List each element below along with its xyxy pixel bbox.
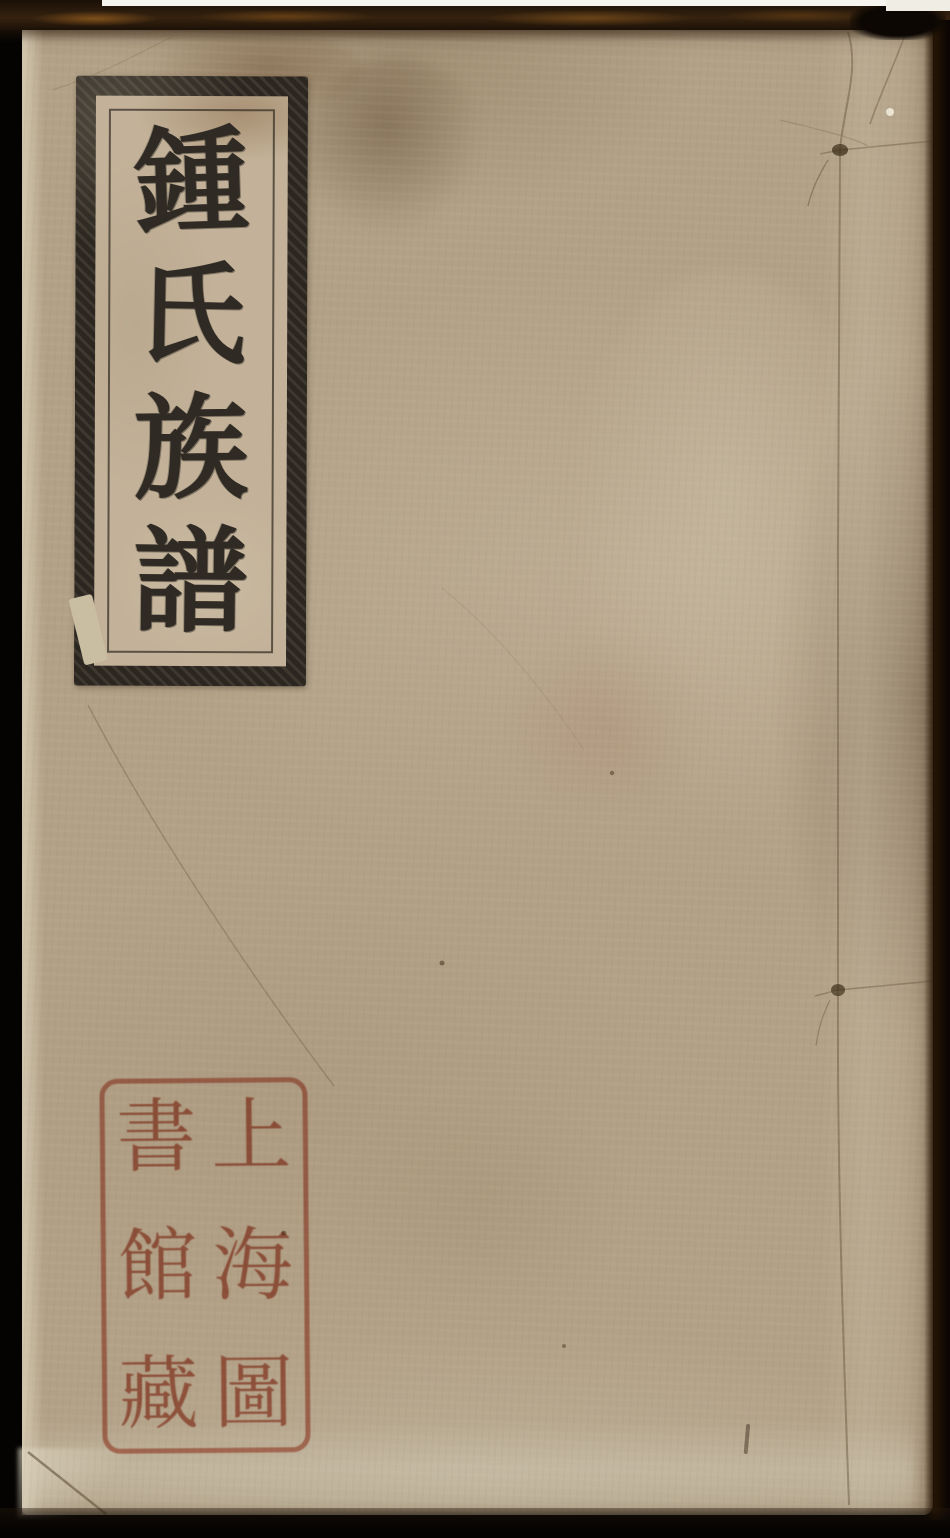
title-label: 鍾 氏 族 譜 [74,76,308,687]
stitch-knot [831,984,845,996]
paper-speck [440,961,445,966]
paper-speck [610,771,614,775]
scan-light-strip-corner [886,0,950,11]
title-char: 譜 [133,524,248,639]
top-right-dark-smudge [850,6,946,40]
crease-line [780,120,868,146]
seal-column-right: 上 海 圖 [204,1094,302,1436]
corner-fold-crease [28,1452,106,1514]
stitch-knot [832,144,848,156]
book-cover-photo: 鍾 氏 族 譜 上 海 圖 書 館 藏 [0,0,950,1538]
title-char: 族 [133,390,249,506]
seal-char: 海 [212,1223,293,1308]
title-char: 鍾 [133,122,251,240]
seal-char: 上 [211,1094,292,1179]
crease-line [88,705,334,1086]
scan-light-strip [102,0,950,6]
cover-paper: 鍾 氏 族 譜 上 海 圖 書 館 藏 [22,28,933,1515]
library-collection-seal: 上 海 圖 書 館 藏 [99,1077,310,1454]
crease-line [442,588,584,750]
seal-char: 圖 [213,1351,294,1436]
title-label-paper: 鍾 氏 族 譜 [94,96,288,667]
seal-char: 書 [116,1095,197,1180]
paper-speck [562,1344,566,1348]
thread-wisp [816,1000,830,1046]
seal-column-left: 書 館 藏 [109,1095,207,1437]
title-char: 氏 [135,258,247,370]
paper-fleck [886,108,894,116]
seal-char: 館 [117,1224,198,1309]
book-bottom-edge [0,1508,950,1538]
seal-char: 藏 [118,1352,199,1437]
title-label-text: 鍾 氏 族 譜 [108,114,274,649]
binding-thread-crease [838,32,852,1505]
thread-wisp [808,160,828,206]
paper-mark [744,1424,751,1454]
book-right-edge [924,20,950,1520]
